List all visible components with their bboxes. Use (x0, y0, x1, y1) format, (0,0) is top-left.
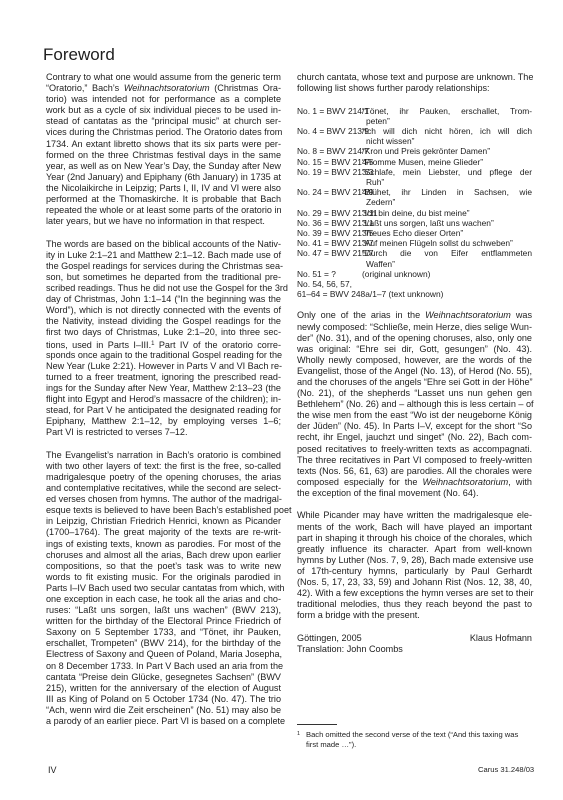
text-line: following list shows further parody rela… (297, 83, 532, 94)
parody-row: No. 19 = BWV 213/3“Schlafe, mein Liebste… (297, 167, 532, 187)
text-line: the wise men from the east “Wo ist der n… (297, 410, 532, 421)
parody-original-title: (original unknown) (362, 269, 532, 279)
parody-row: No. 41 = BWV 213/7“Auf meinen Flügeln so… (297, 238, 532, 248)
parody-original-title: “Ich will dich nicht hören, ich will dic… (362, 126, 532, 146)
text-line: year, as well as on New Year’s Day, the … (46, 161, 281, 172)
text-line: and the choruses of the angels “Ehre sei… (297, 377, 532, 388)
text-line: form a bridge with the present. (297, 610, 532, 621)
parody-source: No. 36 = BWV 213/1 (297, 218, 362, 228)
text-line: (1700–1764). The great majority of the t… (46, 527, 281, 538)
text-line: ments of the work, Bach will have played… (297, 522, 532, 533)
text-line: Wholly newly composed, however, are the … (297, 355, 532, 366)
page-number: IV (48, 765, 57, 775)
text-line: der Jüden” (No. 45). In Parts I–V, excep… (297, 421, 532, 432)
place-date: Göttingen, 2005 (297, 633, 362, 644)
text-line: While Picander may have written the madr… (297, 510, 532, 521)
author-name: Klaus Hofmann (470, 633, 532, 644)
text-line: texts (Nos. 56, 61, 63) are parodies. Al… (297, 466, 532, 477)
parody-source: No. 8 = BWV 214/7 (297, 146, 362, 156)
text-line: ed verses chosen from hymns. The author … (46, 494, 281, 505)
parody-source: No. 4 = BWV 213/9 (297, 126, 362, 146)
text-line: ruses: “Laßt uns sorgen, laßt uns wachen… (46, 605, 281, 616)
text-line: with two other layers of text: the first… (46, 461, 281, 472)
text-line: sponds once again to the traditional Gos… (46, 350, 281, 361)
text-line: composed especially for the Weihnachtsor… (297, 477, 532, 488)
text-line: the Gospel readings for services during … (46, 261, 281, 272)
text-line: Parts I–IV Bach used two secular cantata… (46, 583, 281, 594)
paragraph-church-cantata: church cantata, whose text and purpose a… (297, 72, 532, 94)
text-line: Year (2nd January) and Epiphany (6th Jan… (46, 172, 281, 183)
paragraph-chorales: While Picander may have written the madr… (297, 510, 532, 621)
parody-source: No. 19 = BWV 213/3 (297, 167, 362, 187)
text-line: part in shaping it through his choice of… (297, 533, 532, 544)
parody-list: No. 1 = BWV 214/1“Tönet, ihr Pauken, ers… (297, 106, 532, 300)
right-column: church cantata, whose text and purpose a… (297, 72, 532, 655)
parody-original-title: “Laßt uns sorgen, laßt uns wachen” (362, 218, 532, 228)
parody-original-title: “Treues Echo dieser Orten” (362, 228, 532, 238)
text-line: Electress of Saxony and Queen of Poland,… (46, 649, 281, 660)
text-line: ity in Luke 2:1–21 and Matthew 2:1–12. B… (46, 250, 281, 261)
parody-original-title: “Durch die von Eifer entflammetenWaffen” (362, 248, 532, 268)
text-line: repeated the whole or at least some part… (46, 205, 281, 216)
parody-original-title: “Blühet, ihr Linden in Sachsen, wieZeder… (362, 187, 532, 207)
parody-row: No. 8 = BWV 214/7“Kron und Preis gekrönt… (297, 146, 532, 156)
paragraph-new-compositions: Only one of the arias in the Weihnachtso… (297, 310, 532, 499)
text-line: ings for the Sunday after New Year, Matt… (46, 383, 281, 394)
text-line: words to fit existing music. For the ori… (46, 572, 281, 583)
text-line: 1734. An extant libretto shows that its … (46, 139, 281, 150)
text-line: the Nativity, instead dividing the Gospe… (46, 316, 281, 327)
parody-original-title: “Schlafe, mein Liebster, und pflege derR… (362, 167, 532, 187)
text-line: (No. 21), of the shepherds “Lasset uns n… (297, 388, 532, 399)
parody-original-title: “Auf meinen Flügeln sollst du schweben” (362, 238, 532, 248)
text-line: (Nos. 5, 17, 23, 33, 59) and Johann Rist… (297, 577, 532, 588)
text-line: New Year (Luke 2:21). However in Parts V… (46, 361, 281, 372)
text-line: Part VI is restricted to verses 7–12. (46, 427, 281, 438)
text-line: newly composed: “Schließe, mein Herze, d… (297, 322, 532, 333)
parody-row: No. 24 = BWV 214/9“Blühet, ihr Linden in… (297, 187, 532, 207)
paragraph-intro: Contrary to what one would assume from t… (46, 72, 281, 227)
translator-credit: Translation: John Coombs (297, 644, 532, 655)
text-line: 215), written for the anniversary of the… (46, 683, 281, 694)
catalog-number: Carus 31.248/03 (478, 765, 534, 774)
parody-row: No. 36 = BWV 213/1“Laßt uns sorgen, laßt… (297, 218, 532, 228)
text-line: “Ach, wenn wird die Zeit erscheinen” (No… (46, 705, 281, 716)
parody-original-title: “Ich bin deine, du bist meine” (362, 208, 532, 218)
parody-source: No. 29 = BWV 213/11 (297, 208, 362, 218)
signature-line: Göttingen, 2005 Klaus Hofmann (297, 633, 532, 644)
text-line: cantata “Preise dein Glücke, gesegnetes … (46, 672, 281, 683)
parody-source: No. 15 = BWV 214/5 (297, 157, 362, 167)
left-column: Contrary to what one would assume from t… (46, 72, 281, 739)
text-line: torio) was intended not for performance … (46, 94, 281, 105)
parody-source: No. 47 = BWV 215/7 (297, 248, 362, 268)
parody-original-title: “Tönet, ihr Pauken, erschallet, Trom-pet… (362, 106, 532, 126)
italic-title: Weihnachtsoratorium (425, 310, 511, 320)
parody-row: No. 1 = BWV 214/1“Tönet, ihr Pauken, ers… (297, 106, 532, 126)
text-line: Epiphany, Matthew 2:1–12, by employing v… (46, 416, 281, 427)
text-line: 42). With a few exceptions the hymn vers… (297, 588, 532, 599)
text-line: flight into Egypt and Herod’s massacre o… (46, 394, 281, 405)
text-line: recht, ihr Engel, jauchzt und singet” (N… (297, 432, 532, 443)
parody-row: No. 29 = BWV 213/11“Ich bin deine, du bi… (297, 208, 532, 218)
text-line: The words are based on the biblical acco… (46, 239, 281, 250)
text-line: Saxony on 5 September 1733, and “Tönet, … (46, 627, 281, 638)
text-line: scribed readings. Thus he did not use th… (46, 283, 281, 294)
text-line: III as King of Poland on 5 October 1734 … (46, 694, 281, 705)
parody-source: No. 41 = BWV 213/7 (297, 238, 362, 248)
parody-source: No. 1 = BWV 214/1 (297, 106, 362, 126)
footnote: 1 Bach omitted the second verse of the t… (297, 730, 532, 750)
parody-original-title: “Kron und Preis gekrönter Damen” (362, 146, 532, 156)
text-line: son, but sometimes he departed from the … (46, 272, 281, 283)
text-line: tions, used in Parts I–III.1 Part IV of … (46, 339, 281, 350)
text-line: first two days of Christmas, Luke 2:1–20… (46, 327, 281, 338)
text-line: choruses and almost all the arias, Bach … (46, 550, 281, 561)
text-line: Only one of the arias in the Weihnachtso… (297, 310, 532, 321)
parody-row: No. 54, 56, 57, (297, 279, 532, 289)
text-line: Contrary to what one would assume from t… (46, 72, 281, 83)
paragraph-biblical-accounts: The words are based on the biblical acco… (46, 239, 281, 439)
text-line: der” (No. 31), and of the opening chorus… (297, 333, 532, 344)
text-line: formed on the three Christmas festival d… (46, 150, 281, 161)
text-line: Evangelist, those of the Angel (No. 13),… (297, 366, 532, 377)
parody-row: 61–64 = BWV 248a/1–7 (text unknown) (297, 289, 532, 299)
text-line: vices during the Christmas period. The O… (46, 127, 281, 138)
text-line: written for the birthday of the Electora… (46, 616, 281, 627)
text-line: work but as a cycle of six individual pi… (46, 105, 281, 116)
text-line: “Oratorio,” Bach’s Weihnachtsoratorium (… (46, 83, 281, 94)
text-line: compositions, so that the poet’s task wa… (46, 561, 281, 572)
text-line: Word”), which is not directly connected … (46, 305, 281, 316)
text-line: The three recitatives in Part VI compose… (297, 455, 532, 466)
italic-title: Weihnachtsoratorium (124, 83, 210, 93)
parody-source: No. 51 = ? (297, 269, 362, 279)
text-line: later years, but we have no information … (46, 216, 281, 227)
text-line: greatly influence its character. Apart f… (297, 544, 532, 555)
text-line: esque texts is believed to have been Bac… (46, 505, 281, 516)
text-line: erschallet, Trompeten” (BWV 214), for th… (46, 638, 281, 649)
parody-row: No. 39 = BWV 213/5“Treues Echo dieser Or… (297, 228, 532, 238)
parody-row: No. 15 = BWV 214/5“Fromme Musen, meine G… (297, 157, 532, 167)
text-line: day of Christmas, John 1:1–14 (“In the b… (46, 294, 281, 305)
parody-source: No. 39 = BWV 213/5 (297, 228, 362, 238)
text-line: a parody of an earlier piece. Part VI is… (46, 716, 281, 727)
paragraph-evangelist-narration: The Evangelist’s narration in Bach’s ora… (46, 450, 281, 727)
text-line: in Leipzig, Christian Friedrich Henrici,… (46, 516, 281, 527)
text-line: posed recitatives to freely-written text… (297, 444, 532, 455)
text-line: stead, for Part V he anticipated the des… (46, 405, 281, 416)
text-line: ings of existing texts, known as parodie… (46, 539, 281, 550)
text-line: performed at the Thomaskirche. It is pro… (46, 194, 281, 205)
text-line: of 17th-century hymns, particularly by P… (297, 566, 532, 577)
text-line: traditional melodies, thus they reach be… (297, 599, 532, 610)
text-line: church cantata, whose text and purpose a… (297, 72, 532, 83)
text-line: was original: “Ehre sei dir, Gott, gesun… (297, 344, 532, 355)
parody-row: No. 4 = BWV 213/9“Ich will dich nicht hö… (297, 126, 532, 146)
footnote-text: Bach omitted the second verse of the tex… (306, 730, 532, 750)
text-line: stead of cantatas as the “principal musi… (46, 116, 281, 127)
parody-source: No. 24 = BWV 214/9 (297, 187, 362, 207)
italic-title: Weihnachtsoratorium (422, 477, 508, 487)
text-line: one exception in each case, he took all … (46, 594, 281, 605)
parody-row: No. 47 = BWV 215/7“Durch die von Eifer e… (297, 248, 532, 268)
footnote-reference: 1 (151, 341, 154, 347)
text-line: the Nicolaikirche in Leipzig; Parts I, I… (46, 183, 281, 194)
footnote-number: 1 (297, 730, 306, 750)
text-line: on 8 December 1733. In Part V Bach used … (46, 661, 281, 672)
text-line: The Evangelist’s narration in Bach’s ora… (46, 450, 281, 461)
footnote-divider (297, 724, 337, 725)
parody-row: No. 51 = ?(original unknown) (297, 269, 532, 279)
text-line: and contemplative recitatives, while the… (46, 483, 281, 494)
text-line: madrigalesque poetry of the opening chor… (46, 472, 281, 483)
text-line: turned to a freer treatment, ignoring th… (46, 372, 281, 383)
page-title: Foreword (43, 45, 115, 65)
text-line: Bethlehem” (No. 26) and – although this … (297, 399, 532, 410)
parody-original-title: “Fromme Musen, meine Glieder” (362, 157, 532, 167)
text-line: the exception of the final movement (No.… (297, 488, 532, 499)
text-line: hymns by Luther (Nos. 7, 9, 28), Bach ma… (297, 555, 532, 566)
